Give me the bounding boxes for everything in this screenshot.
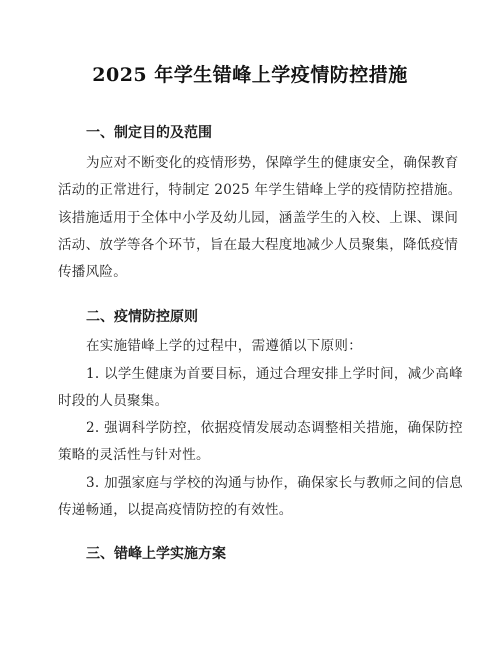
list-item-line: 策略的灵活性与针对性。 xyxy=(58,443,210,463)
paragraph-line: 该措施适用于全体中小学及幼儿园，涵盖学生的入校、上课、课间 xyxy=(58,206,458,226)
list-item-line: 时段的人员聚集。 xyxy=(58,389,168,409)
section-heading-implementation-plan: 三、错峰上学实施方案 xyxy=(86,543,226,563)
list-item-line: 3. 加强家庭与学校的沟通与协作，确保家长与教师之间的信息 xyxy=(86,471,463,491)
document-page: 2025 年学生错峰上学疫情防控措施 一、制定目的及范围 为应对不断变化的疫情形… xyxy=(0,0,500,647)
paragraph-line: 活动的正常进行，特制定 2025 年学生错峰上学的疫情防控措施。 xyxy=(58,178,462,198)
list-item-line: 1. 以学生健康为首要目标，通过合理安排上学时间，减少高峰 xyxy=(86,362,463,382)
paragraph-line: 在实施错峰上学的过程中，需遵循以下原则： xyxy=(86,334,362,354)
list-item-line: 2. 强调科学防控，依据疫情发展动态调整相关措施，确保防控 xyxy=(86,416,463,436)
paragraph-line: 活动、放学等各个环节，旨在最大程度地减少人员聚集，降低疫情 xyxy=(58,233,458,253)
section-heading-principles: 二、疫情防控原则 xyxy=(86,306,198,326)
paragraph-line: 传播风险。 xyxy=(58,260,127,280)
paragraph-line: 为应对不断变化的疫情形势，保障学生的健康安全，确保教育 xyxy=(86,151,459,171)
document-title: 2025 年学生错峰上学疫情防控措施 xyxy=(0,60,500,87)
list-item-line: 传递畅通，以提高疫情防控的有效性。 xyxy=(58,498,293,518)
section-heading-purpose-scope: 一、制定目的及范围 xyxy=(86,122,212,142)
